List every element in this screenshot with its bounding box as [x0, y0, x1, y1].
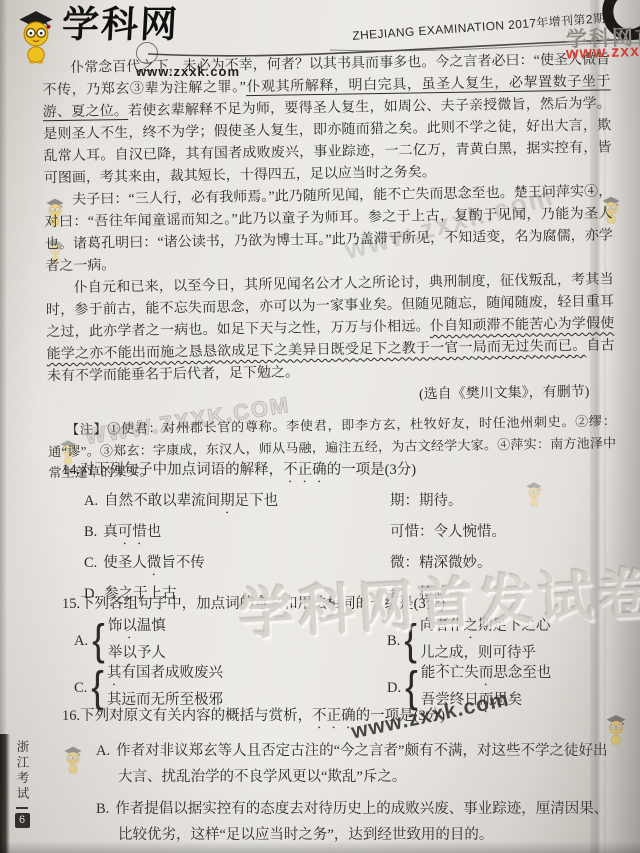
passage-paragraph-3: 仆自元和已来，以至今日，其所见闻名公才人之所论讨，典刑制度，征伐叛乱，考其当时，…	[45, 269, 615, 388]
question-15-stem: 15.下列各组句子中，加点词的意义和用法相同的一组是(3分)	[42, 592, 610, 616]
passage-paragraph-1: 仆常念百代之下，未必为不幸，何者？以其书具而事多也。今之言者必曰：“使圣人微旨不…	[42, 49, 612, 190]
journal-name-vertical: 浙江考试	[13, 740, 31, 802]
brace-icon: {	[404, 617, 417, 666]
page-number-badge: 6	[15, 813, 30, 828]
question-15: 15.下列各组句子中，加点词的意义和用法相同的一组是(3分) A.{ 饰以温慎 …	[42, 592, 610, 712]
reading-passage: 仆常念百代之下，未必为不幸，何者？以其书具而事多也。今之言者必曰：“使圣人微旨不…	[42, 49, 617, 483]
q14-option-b: B.真可惜也 可惜：令人惋惜。	[42, 522, 610, 548]
question-16: 16.下列对原文有关内容的概括与赏析，不正确的一项是(3分) A.作者对非议郑玄…	[42, 704, 610, 848]
q14-gloss-a: 期：期待。	[390, 491, 610, 517]
q14-option-a: A.自然不敢以辈流间期足下也 期：期待。	[42, 491, 610, 517]
left-corner-shadow	[0, 734, 10, 853]
q16-option-b: B.作者提倡以据实控有的态度去对待历史上的成败兴废、事业踪迹，厘清因果、比较优劣…	[42, 796, 610, 848]
scanned-exam-page: 学科网 www.zxxk.com ZHEJIANG EXAMINATION 20…	[0, 0, 640, 853]
sidebar-divider	[16, 807, 28, 809]
mascot-logo-icon	[14, 6, 58, 64]
q14-gloss-b: 可惜：令人惋惜。	[390, 522, 610, 548]
brace-icon: {	[92, 617, 105, 666]
q14-option-c: C.使圣人微旨不传 微：精深微妙。	[42, 553, 610, 579]
journal-sidebar: 浙江考试 6	[13, 740, 31, 828]
brand-url: www.zxxk.com	[136, 42, 240, 79]
binder-hook-icon	[582, 0, 640, 44]
question-14: 14.对下列句子中加点词语的解释，不正确的一项是(3分) A.自然不敢以辈流间期…	[42, 458, 610, 610]
q14-gloss-c: 微：精深微妙。	[390, 553, 610, 579]
q15-option-a: A.{ 饰以温慎 举以予人	[74, 618, 387, 665]
brand-seal-icon	[136, 42, 158, 64]
q15-option-b: B.{ 向者仆之期足下之心 儿之成，则可待乎	[387, 618, 610, 665]
question-14-stem: 14.对下列句子中加点词语的解释，不正确的一项是(3分)	[42, 458, 610, 486]
left-edge-shadow	[0, 0, 7, 853]
zxxk-logo: 学科网 www.zxxk.com	[14, 6, 179, 64]
q16-option-a: A.作者对非议郑玄等人且否定古注的“今之言者”颇有不满，对这些不学之徒好出大言、…	[42, 738, 610, 790]
passage-paragraph-2: 夫子曰：“三人行，必有我师焉。”此乃随所见闻，能不亡失而思念至也。楚王问萍实④，…	[44, 181, 613, 278]
question-16-stem: 16.下列对原文有关内容的概括与赏析，不正确的一项是(3分)	[42, 704, 610, 732]
brand-title: 学科网	[61, 6, 180, 46]
